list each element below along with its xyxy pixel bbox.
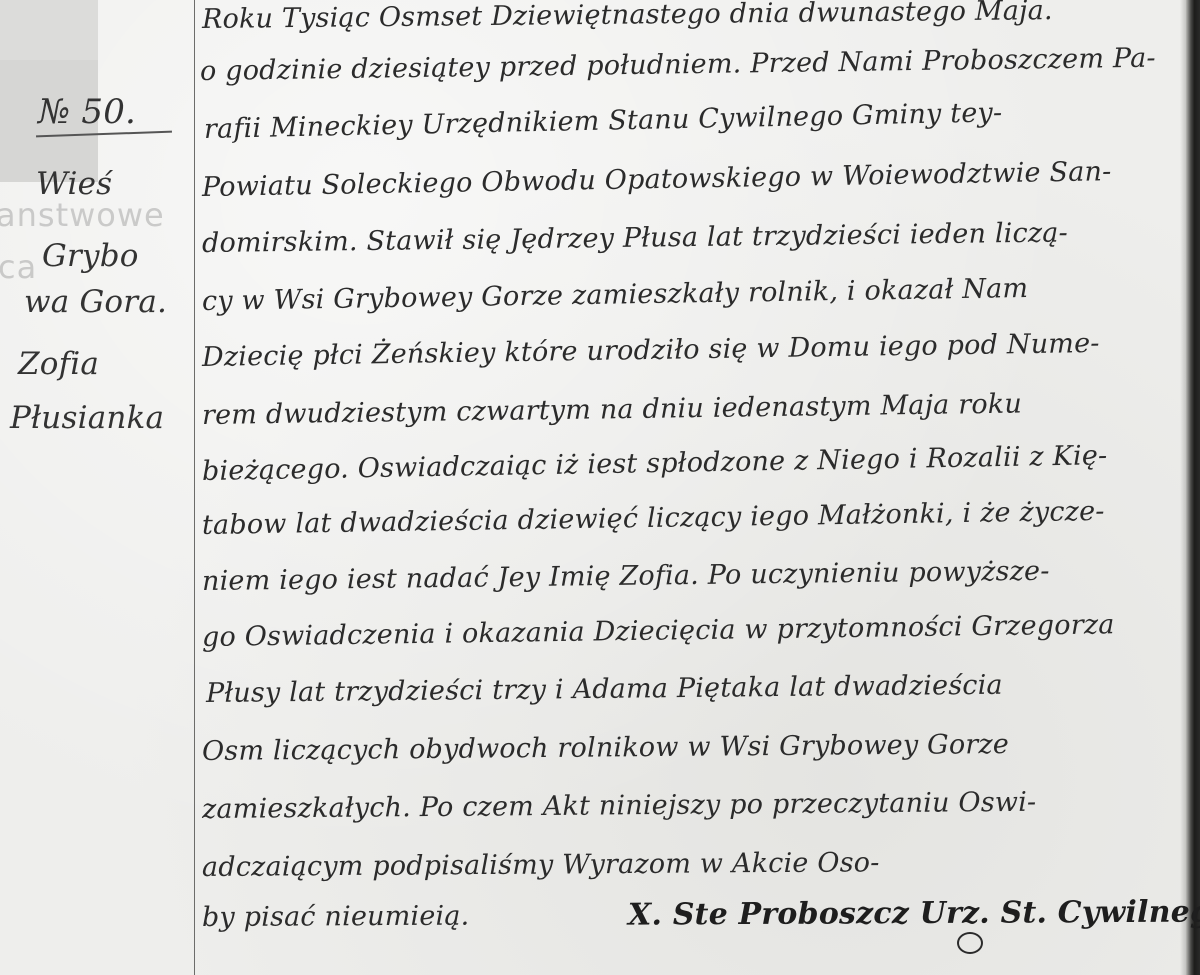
margin-child-given-name: Zofia: [18, 346, 99, 382]
record-text-line: Powiatu Soleckiego Obwodu Opatowskiego w…: [202, 156, 1112, 203]
record-text-line: cy w Wsi Grybowey Gorze zamieszkały roln…: [202, 273, 1029, 317]
scanned-document-page: anstwowe ca № 50. Wieś Grybo wa Gora. Zo…: [0, 0, 1200, 975]
record-text-line: by pisać nieumieią.: [202, 901, 470, 933]
record-text-line: zamieszkałych. Po czem Akt niniejszy po …: [202, 787, 1037, 825]
margin-village-name-part2: wa Gora.: [24, 284, 167, 320]
page-binding-edge: [1186, 0, 1200, 975]
record-text-line: tabow lat dwadzieścia dziewięć liczący i…: [202, 496, 1105, 541]
record-text-line: bieżącego. Oswiadczaiąc iż iest spłodzon…: [202, 440, 1108, 487]
record-text-line: rem dwudziestym czwartym na dniu iedenas…: [202, 389, 1022, 431]
margin-child-surname: Płusianka: [10, 400, 164, 436]
record-text-line: o godzinie dziesiątey przed południem. P…: [200, 43, 1156, 87]
record-text-line: Dziecię płci Żeńskiey które urodziło się…: [202, 328, 1100, 373]
official-signature: X. Ste Proboszcz Urz. St. Cywilnego: [628, 894, 1200, 932]
record-text-line: go Oswiadczenia i okazania Dziecięcia w …: [202, 609, 1115, 653]
margin-rule-line: [194, 0, 195, 975]
record-text-line: Roku Tysiąc Osmset Dziewiętnastego dnia …: [202, 0, 1053, 35]
record-text-line: Płusy lat trzydzieści trzy i Adama Pięta…: [206, 670, 1003, 709]
margin-village-name-part1: Grybo: [42, 238, 139, 274]
margin-village-label: Wieś: [36, 166, 112, 202]
archive-watermark: ca: [0, 248, 37, 286]
record-text-line: adczaiącym podpisaliśmy Wyrazom w Akcie …: [202, 847, 880, 883]
record-text-line: niem iego iest nadać Jey Imię Zofia. Po …: [202, 556, 1050, 597]
record-text-line: rafii Mineckiey Urzędnikiem Stanu Cywiln…: [204, 97, 1003, 145]
signature-flourish: [957, 932, 983, 954]
record-text-line: domirskim. Stawił się Jędrzey Płusa lat …: [202, 217, 1068, 259]
entry-number: № 50.: [38, 92, 136, 132]
record-text-line: Osm liczących obydwoch rolnikow w Wsi Gr…: [202, 729, 1009, 767]
